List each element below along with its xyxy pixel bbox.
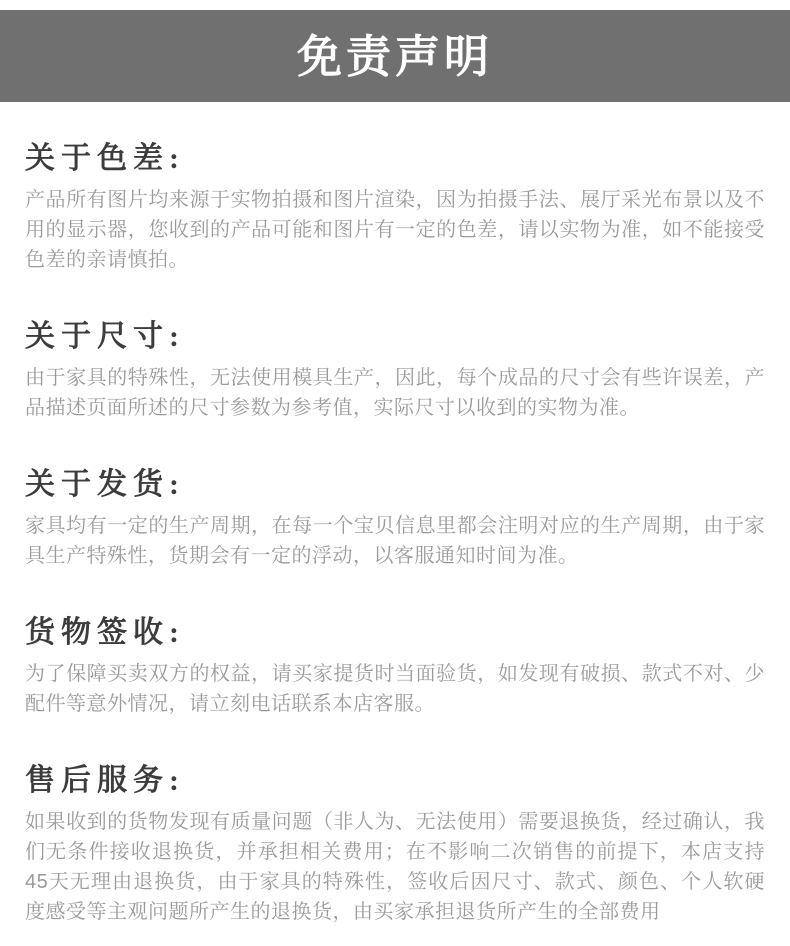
section-dimensions: 关于尺寸: 由于家具的特殊性，无法使用模具生产，因此，每个成品的尺寸会有些许误差… [25,317,765,423]
section-body: 家具均有一定的生产周期，在每一个宝贝信息里都会注明对应的生产周期，由于家具生产特… [25,511,765,571]
section-heading: 关于发货: [25,465,765,505]
section-after-sales: 售后服务: 如果收到的货物发现有质量问题（非人为、无法使用）需要退换货，经过确认… [25,761,765,927]
section-body: 为了保障买卖双方的权益，请买家提货时当面验货，如发现有破损、款式不对、少配件等意… [25,659,765,719]
section-shipping: 关于发货: 家具均有一定的生产周期，在每一个宝贝信息里都会注明对应的生产周期，由… [25,465,765,571]
section-body: 由于家具的特殊性，无法使用模具生产，因此，每个成品的尺寸会有些许误差，产品描述页… [25,363,765,423]
disclaimer-page: 免责声明 关于色差: 产品所有图片均来源于实物拍摄和图片渲染，因为拍摄手法、展厅… [0,0,790,946]
section-color-difference: 关于色差: 产品所有图片均来源于实物拍摄和图片渲染，因为拍摄手法、展厅采光布景以… [25,139,765,275]
page-title: 免责声明 [297,34,493,79]
disclaimer-banner: 免责声明 [0,10,790,102]
section-heading: 售后服务: [25,761,765,801]
section-body: 如果收到的货物发现有质量问题（非人为、无法使用）需要退换货，经过确认，我们无条件… [25,807,765,927]
disclaimer-content: 关于色差: 产品所有图片均来源于实物拍摄和图片渲染，因为拍摄手法、展厅采光布景以… [0,102,790,927]
section-heading: 关于尺寸: [25,317,765,357]
section-goods-receipt: 货物签收: 为了保障买卖双方的权益，请买家提货时当面验货，如发现有破损、款式不对… [25,613,765,719]
section-body: 产品所有图片均来源于实物拍摄和图片渲染，因为拍摄手法、展厅采光布景以及不用的显示… [25,185,765,275]
section-heading: 关于色差: [25,139,765,179]
section-heading: 货物签收: [25,613,765,653]
